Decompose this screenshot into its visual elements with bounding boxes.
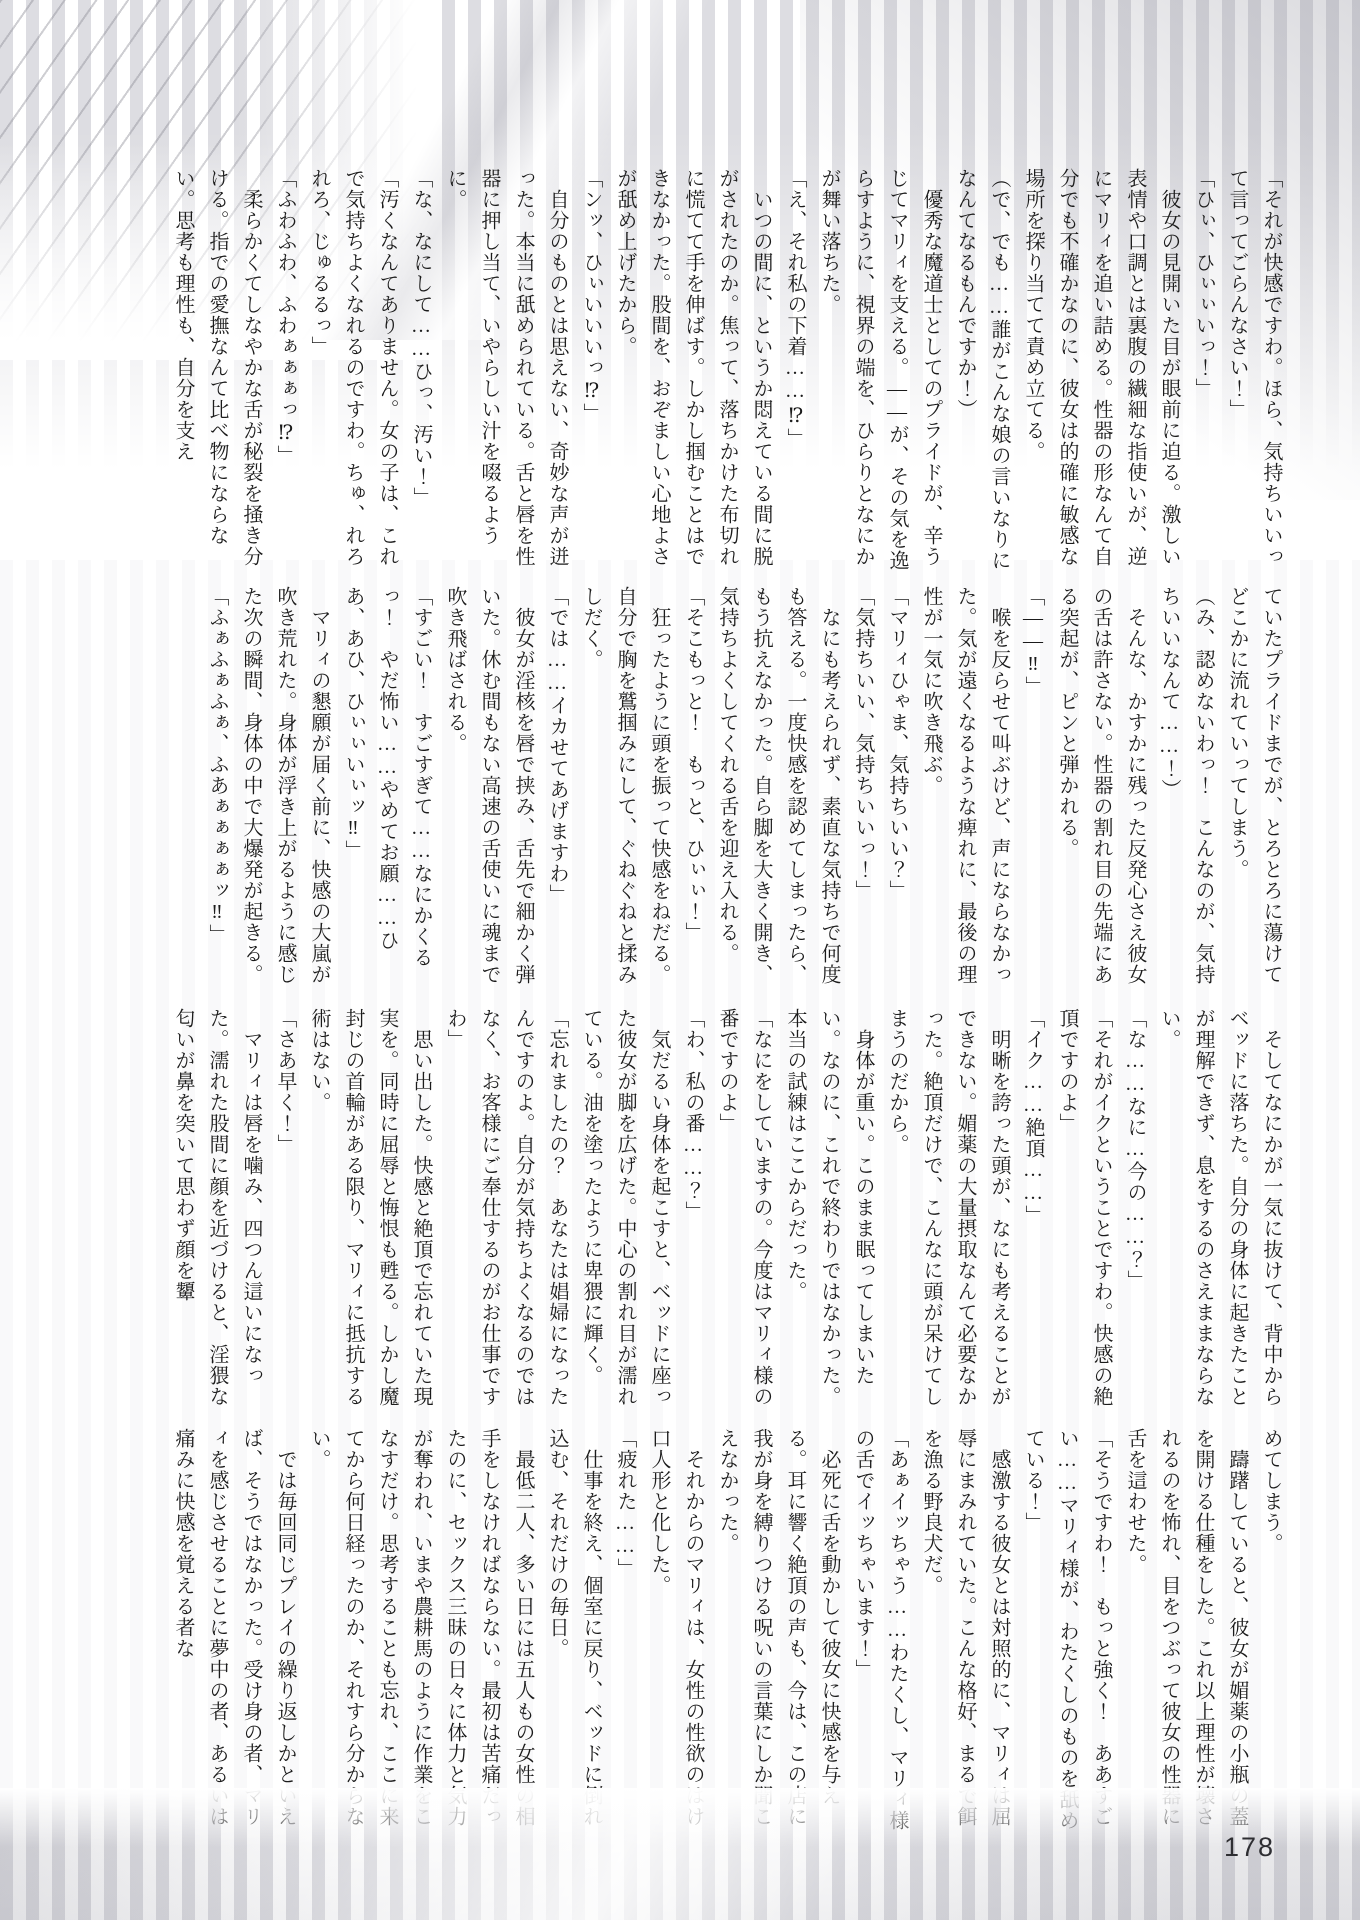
- paragraph: 「あぁイッちゃう……わたくし、マリィ様の舌でイッちゃいます！」: [846, 1428, 914, 1834]
- paragraph: 「それが快感ですわ。ほら、気持ちいいって言ってごらんなさい！」: [1220, 168, 1288, 574]
- paragraph: いつの間に、というか悶えている間に脱がされたのか。焦って、落ちかけた布切れに慌て…: [608, 168, 778, 574]
- paragraph: 「――‼」: [1016, 586, 1050, 992]
- paragraph: 「なにをしていますの。今度はマリィ様の番ですのよ」: [710, 1008, 778, 1414]
- paragraph: 狂ったように頭を振って快感をねだる。自分で胸を鷲掴みにして、ぐねぐねと揉みしだく…: [574, 586, 676, 992]
- paragraph: 「ふわふわ、ふわぁぁぁっ⁉」: [268, 168, 302, 574]
- paragraph: 気だるい身体を起こすと、ベッドに座った彼女が脚を広げた。中心の割れ目が濡れている…: [574, 1008, 676, 1414]
- paragraph: 「ふぁふぁふぁ、ふあぁぁぁぁッ‼」: [200, 586, 234, 992]
- paragraph: 思い出した。快感と絶頂で忘れていた現実を。同時に屈辱と悔恨も甦る。しかし魔封じの…: [302, 1008, 438, 1414]
- paragraph: 彼女が淫核を唇で挟み、舌先で細かく弾いた。休む間もない高速の舌使いに魂まで吹き飛…: [438, 586, 540, 992]
- paragraph: 最低二人、多い日には五人もの女性の相手をしなければならない。最初は苦痛だったのに…: [302, 1428, 540, 1834]
- paragraph: 「さあ早く！」: [268, 1008, 302, 1414]
- paragraph: 「イク……絶頂……」: [1016, 1008, 1050, 1414]
- paragraph: 必死に舌を動かして彼女に快感を与える。耳に響く絶頂の声も、今は、この店に我が身を…: [710, 1428, 846, 1834]
- paper-stripes-bottom: [0, 1788, 1360, 1920]
- text-band-4: めてしまう。躊躇していると、彼女が媚薬の小瓶の蓋を開ける仕種をした。これ以上理性…: [86, 1428, 1288, 1834]
- paragraph: 感激する彼女とは対照的に、マリィは屈辱にまみれていた。こんな格好、まるで餌を漁る…: [914, 1428, 1016, 1834]
- paragraph: そんな、かすかに残った反発心さえ彼女の舌は許さない。性器の割れ目の先端にある突起…: [1050, 586, 1152, 992]
- paragraph: 優秀な魔道士としてのプライドが、辛うじてマリィを支える。――が、その気を逸らすよ…: [812, 168, 948, 574]
- paragraph: 「疲れた……」: [608, 1428, 642, 1834]
- paragraph: 「え、それ私の下着……⁉」: [778, 168, 812, 574]
- paragraph: 喉を反らせて叫ぶけど、声にならなかった。気が遠くなるような痺れに、最後の理性が一…: [914, 586, 1016, 992]
- paragraph: では毎回同じプレイの繰り返しかといえば、そうではなかった。受け身の者、マリィを感…: [166, 1428, 302, 1834]
- paragraph: めてしまう。: [1254, 1428, 1288, 1834]
- paragraph: 「マリィひゃま、気持ちいい？」: [880, 586, 914, 992]
- paragraph: 柔らかくてしなやかな舌が秘裂を掻き分ける。指での愛撫なんて比べ物にならない。思考…: [166, 168, 268, 574]
- paragraph: 「気持ちいい、気持ちいいっ！」: [846, 586, 880, 992]
- paragraph: ていたプライドまでが、とろとろに蕩けてどこかに流れていってしまう。: [1220, 586, 1288, 992]
- paragraph: 「それがイクということですわ。快感の絶頂ですのよ」: [1050, 1008, 1118, 1414]
- paragraph: 自分のものとは思えない、奇妙な声が迸った。本当に舐められている。舌と唇を性器に押…: [438, 168, 574, 574]
- paragraph: そしてなにかが一気に抜けて、背中からベッドに落ちた。自分の身体に起きたことが理解…: [1152, 1008, 1288, 1414]
- paragraph: （で、でも……誰がこんな娘の言いなりになんてなるもんですか！）: [948, 168, 1016, 574]
- paragraph: 「そこもっと！ もっと、ひぃぃ！」: [676, 586, 710, 992]
- paragraph: （み、認めないわっ！ こんなのが、気持ちいいなんて……！）: [1152, 586, 1220, 992]
- paragraph: 明晰を誇った頭が、なにも考えることができない。媚薬の大量摂取なんて必要なかった。…: [880, 1008, 1016, 1414]
- paragraph: 「わ、私の番……？」: [676, 1008, 710, 1414]
- text-band-2: ていたプライドまでが、とろとろに蕩けてどこかに流れていってしまう。（み、認めない…: [86, 586, 1288, 992]
- paragraph: 仕事を終え、個室に戻り、ベッドに倒れ込む、それだけの毎日。: [540, 1428, 608, 1834]
- paragraph: 躊躇していると、彼女が媚薬の小瓶の蓋を開ける仕種をした。これ以上理性が壊されるの…: [1118, 1428, 1254, 1834]
- paragraph: マリィは唇を噛み、四つん這いになった。濡れた股間に顔を近づけると、淫猥な匂いが鼻…: [166, 1008, 268, 1414]
- book-page: 「それが快感ですわ。ほら、気持ちいいって言ってごらんなさい！」「ひぃ、ひぃぃいっ…: [0, 0, 1360, 1920]
- paragraph: 身体が重い。このまま眠ってしまいたい。なのに、これで終わりではなかった。本当の試…: [778, 1008, 880, 1414]
- paragraph: 「な……なに…今の……？」: [1118, 1008, 1152, 1414]
- paragraph: 「すごい！ すごすぎて……なにかくるっ！ やだ怖い……やめてお願……ひあ、あひ、…: [336, 586, 438, 992]
- page-number: 178: [1224, 1832, 1275, 1863]
- paragraph: マリィの懇願が届く前に、快感の大嵐が吹き荒れた。身体が浮き上がるように感じた次の…: [234, 586, 336, 992]
- paragraph: 彼女の見開いた目が眼前に迫る。激しい表情や口調とは裏腹の繊細な指使いが、逆にマリ…: [1016, 168, 1186, 574]
- paragraph: 「な、なにして……ひっ、汚い！」: [404, 168, 438, 574]
- paragraph: なにも考えられず、素直な気持ちで何度も答える。一度快感を認めてしまったら、もう抗…: [710, 586, 846, 992]
- paragraph: 「ひぃ、ひぃぃいっ！」: [1186, 168, 1220, 574]
- paragraph: 「ンッ、ひぃいいいっ⁉」: [574, 168, 608, 574]
- paragraph: それからのマリィは、女性の性欲のはけ口人形と化した。: [642, 1428, 710, 1834]
- paragraph: 「では……イカせてあげますわ」: [540, 586, 574, 992]
- paragraph: 「そうですわ！ もっと強く！ ああすごい……マリィ様が、わたくしのものを舐めてい…: [1016, 1428, 1118, 1834]
- text-band-3: そしてなにかが一気に抜けて、背中からベッドに落ちた。自分の身体に起きたことが理解…: [86, 1008, 1288, 1414]
- paragraph: 「汚くなんてありません。女の子は、これで気持ちよくなれるのですわ。ちゅ、れろれろ…: [302, 168, 404, 574]
- text-band-1: 「それが快感ですわ。ほら、気持ちいいって言ってごらんなさい！」「ひぃ、ひぃぃいっ…: [86, 168, 1288, 574]
- paragraph: 「忘れましたの？ あなたは娼婦になったんですのよ。自分が気持ちよくなるのではなく…: [438, 1008, 574, 1414]
